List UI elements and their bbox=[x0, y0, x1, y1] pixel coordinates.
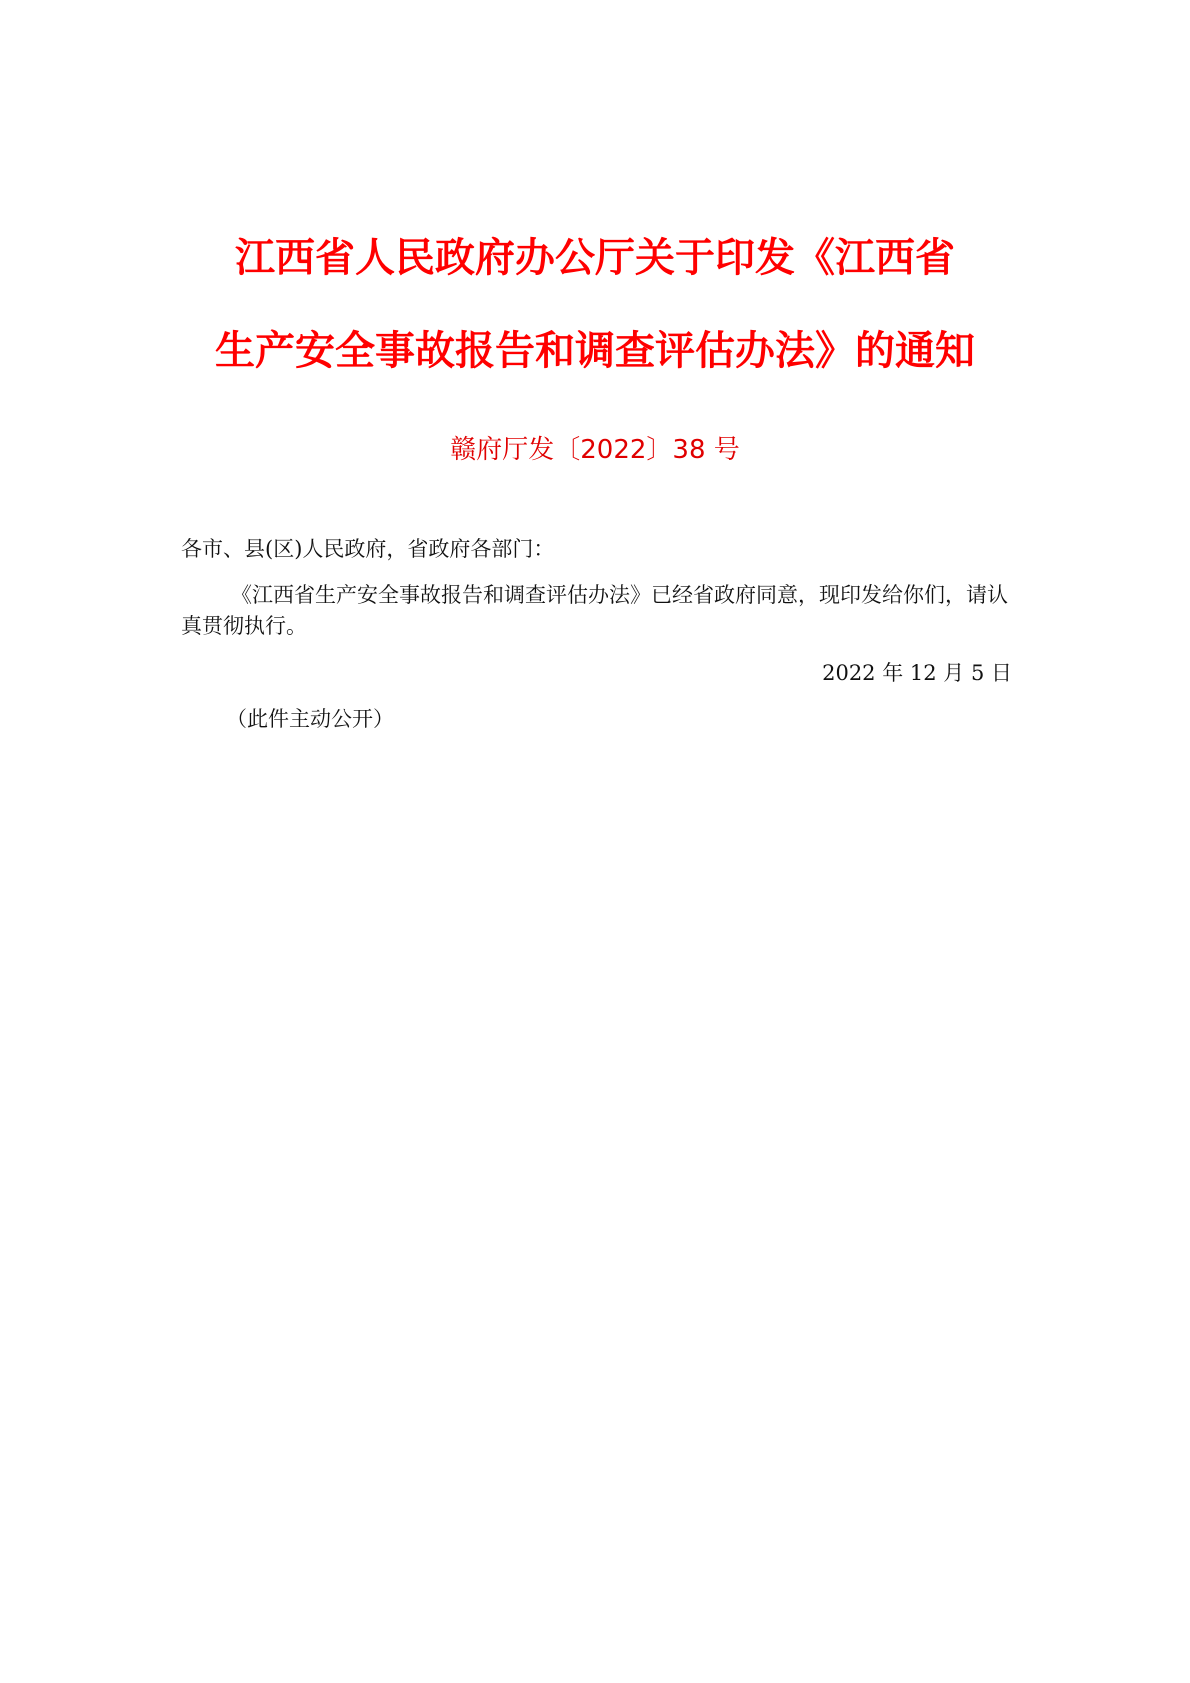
issue-date: 2022 年 12 月 5 日 bbox=[822, 658, 1012, 689]
document-title-line-1: 江西省人民政府办公厅关于印发《江西省 bbox=[0, 233, 1190, 283]
document-title-line-2: 生产安全事故报告和调查评估办法》的通知 bbox=[0, 326, 1190, 376]
salutation: 各市、县(区)人民政府，省政府各部门： bbox=[181, 534, 1011, 565]
disclosure-note: （此件主动公开） bbox=[226, 704, 394, 735]
document-number: 赣府厅发〔2022〕38 号 bbox=[0, 433, 1190, 467]
body-paragraph: 《江西省生产安全事故报告和调查评估办法》已经省政府同意，现印发给你们，请认真贯彻… bbox=[181, 580, 1011, 642]
document-page: 江西省人民政府办公厅关于印发《江西省 生产安全事故报告和调查评估办法》的通知 赣… bbox=[0, 0, 1190, 1683]
